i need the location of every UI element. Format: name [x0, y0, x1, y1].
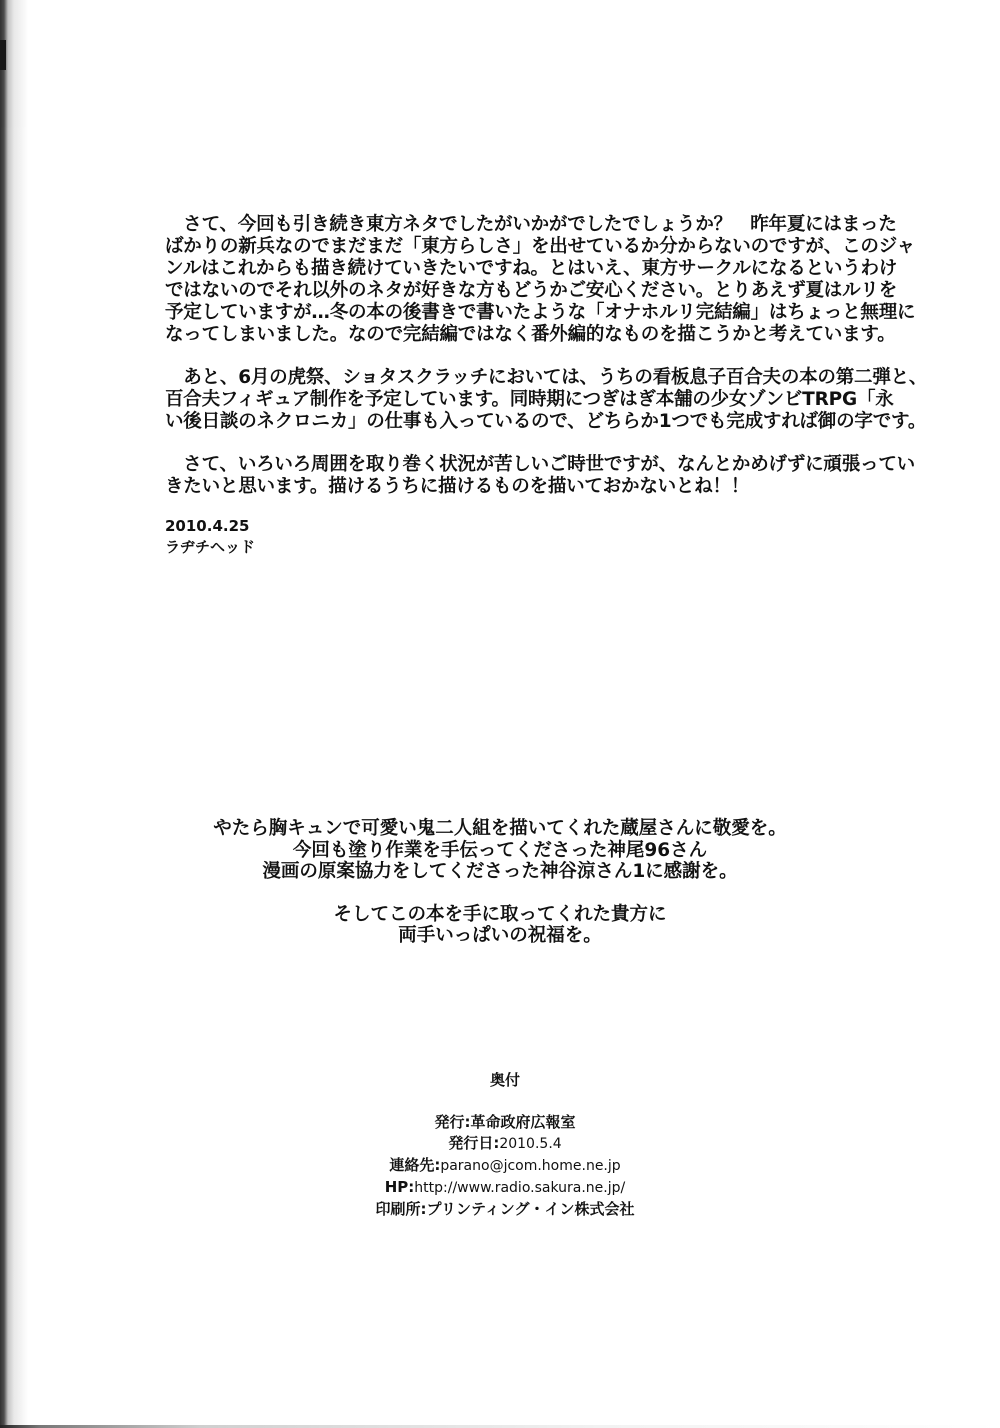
afterword-paragraph: さて、いろいろ周囲を取り巻く状況が苦しいご時世ですが、なんとかめげずに頑張ってい… — [165, 454, 865, 498]
afterword-paragraph: あと、6月の虎祭、ショタスクラッチにおいては、うちの看板息子百合夫の本の第二弾と… — [165, 367, 865, 433]
text-line: ではないのでそれ以外のネタが好きな方もどうかご安心ください。とりあえず夏はルリを — [165, 280, 865, 302]
colophon: 奥付 発行:革命政府広報室 発行日:2010.5.4 連絡先:parano@jc… — [0, 1070, 1000, 1220]
text-line: なってしまいました。なので完結編ではなく番外編的なものを描こうかと考えています。 — [165, 324, 865, 346]
text-line: ばかりの新兵なのでまだまだ「東方らしさ」を出せているか分からないのですが、このジ… — [165, 236, 865, 258]
book-afterword-page: さて、今回も引き続き東方ネタでしたがいかがでしたでしょうか？ 昨年夏にはまった … — [0, 0, 1000, 1428]
acknowledgements: やたら胸キュンで可愛い鬼二人組を描いてくれた蔵屋さんに敬愛を。 今回も塗り作業を… — [0, 818, 1000, 947]
spacer — [0, 883, 1000, 904]
colophon-url[interactable]: http://www.radio.sakura.ne.jp/ — [414, 1180, 625, 1196]
signature-author: ラヂチヘッド — [165, 537, 255, 558]
thanks-line: 今回も塗り作業を手伝ってくださった神尾96さん — [0, 840, 1000, 862]
closing-line: 両手いっぱいの祝福を。 — [0, 925, 1000, 947]
colophon-label: 連絡先: — [389, 1156, 440, 1174]
afterword-paragraph: さて、今回も引き続き東方ネタでしたがいかがでしたでしょうか？ 昨年夏にはまった … — [165, 214, 865, 346]
text-line: い後日談のネクロニカ」の仕事も入っているので、どちらか1つでも完成すれば御の字で… — [165, 411, 865, 433]
colophon-email[interactable]: parano@jcom.home.ne.jp — [440, 1158, 620, 1174]
text-line: きたいと思います。描けるうちに描けるものを描いておかないとね！！ — [165, 476, 865, 498]
colophon-publisher: 発行:革命政府広報室 — [0, 1112, 1000, 1133]
colophon-label: 発行日: — [448, 1134, 499, 1152]
colophon-label: 印刷所: — [376, 1200, 427, 1218]
text-line: あと、6月の虎祭、ショタスクラッチにおいては、うちの看板息子百合夫の本の第二弾と… — [165, 367, 865, 389]
colophon-value: プリンティング・イン株式会社 — [427, 1200, 635, 1218]
colophon-homepage: HP:http://www.radio.sakura.ne.jp/ — [0, 1177, 1000, 1199]
text-line: さて、今回も引き続き東方ネタでしたがいかがでしたでしょうか？ 昨年夏にはまった — [165, 214, 865, 236]
thanks-line: 漫画の原案協力をしてくださった神谷涼さん1に感謝を。 — [0, 861, 1000, 883]
closing-line: そしてこの本を手に取ってくれた貴方に — [0, 904, 1000, 926]
text-line: 予定していますが…冬の本の後書きで書いたような「オナホルリ完結編」はちょっと無理… — [165, 302, 865, 324]
signature-date: 2010.4.25 — [165, 516, 255, 537]
colophon-publish-date: 発行日:2010.5.4 — [0, 1133, 1000, 1155]
colophon-contact: 連絡先:parano@jcom.home.ne.jp — [0, 1155, 1000, 1177]
text-line: さて、いろいろ周囲を取り巻く状況が苦しいご時世ですが、なんとかめげずに頑張ってい — [165, 454, 865, 476]
colophon-value: 2010.5.4 — [499, 1136, 561, 1152]
text-line: 百合夫フィギュア制作を予定しています。同時期につぎはぎ本舗の少女ゾンビTRPG「… — [165, 389, 865, 411]
colophon-printer: 印刷所:プリンティング・イン株式会社 — [0, 1199, 1000, 1220]
colophon-title: 奥付 — [0, 1070, 1000, 1090]
colophon-label: HP: — [385, 1178, 415, 1196]
thanks-line: やたら胸キュンで可愛い鬼二人組を描いてくれた蔵屋さんに敬愛を。 — [0, 818, 1000, 840]
afterword-signature: 2010.4.25 ラヂチヘッド — [165, 516, 255, 558]
text-line: ンルはこれからも描き続けていきたいですね。とはいえ、東方サークルになるというわけ — [165, 258, 865, 280]
afterword-text: さて、今回も引き続き東方ネタでしたがいかがでしたでしょうか？ 昨年夏にはまった … — [165, 214, 865, 519]
colophon-label: 発行: — [434, 1113, 470, 1131]
colophon-value: 革命政府広報室 — [470, 1113, 575, 1131]
